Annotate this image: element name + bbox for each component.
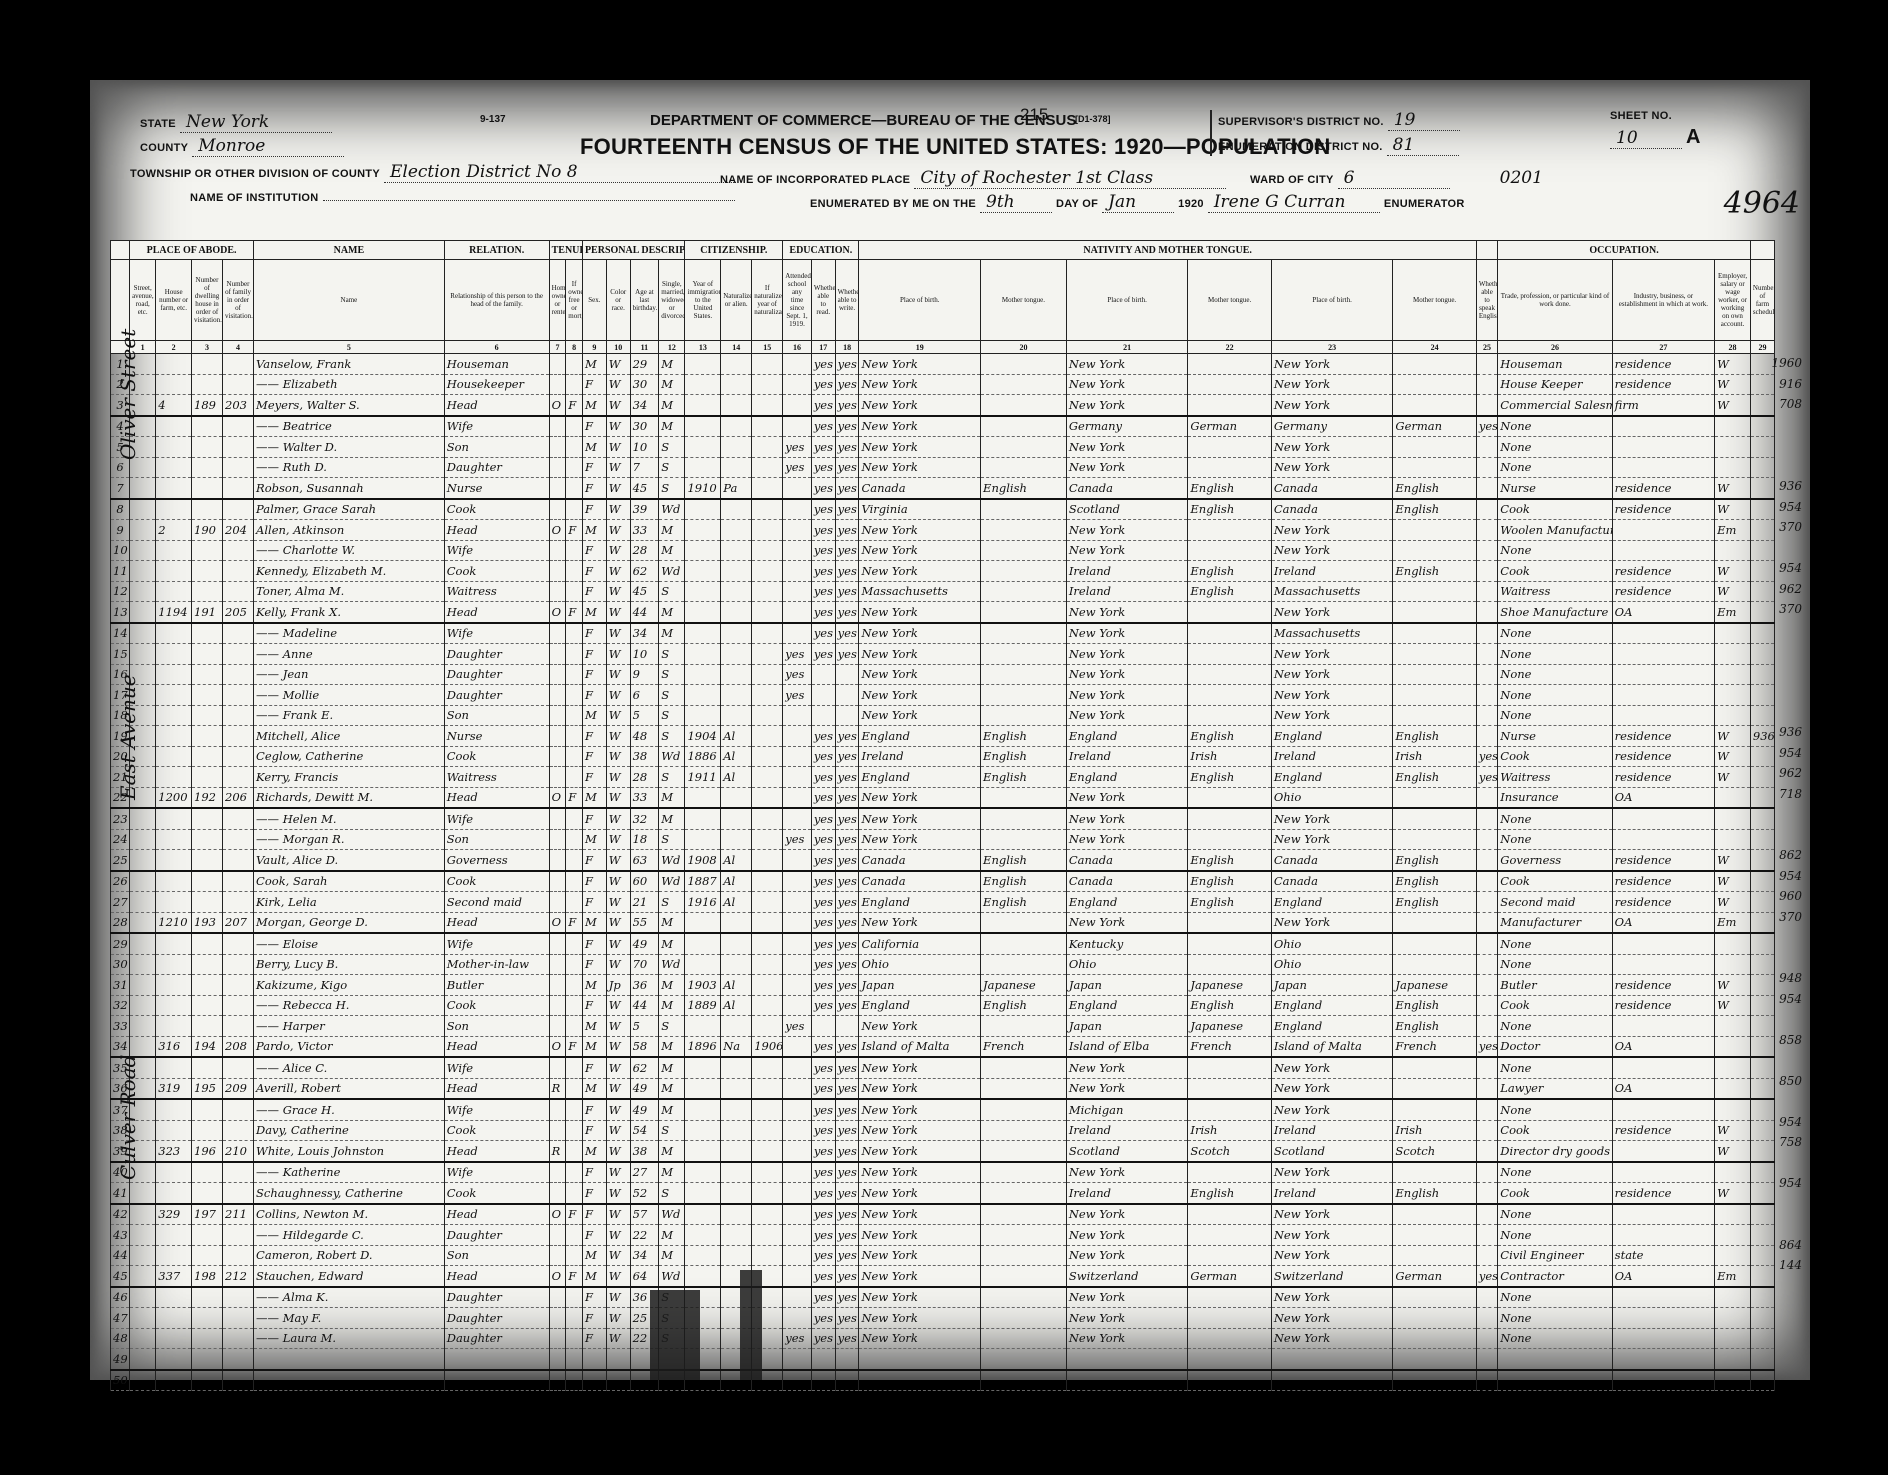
cell-school [783,705,812,726]
cell-race: W [606,1328,630,1349]
cell-fpob [1066,1349,1188,1370]
cell-sex: M [582,975,606,996]
cell-nat [721,540,752,561]
cell-industry: OA [1612,1078,1714,1099]
cell-street [130,1349,156,1370]
cell-age: 44 [630,995,659,1016]
cell-read: yes [811,829,835,850]
cell-mortgage [566,1057,583,1078]
column-header: Industry, business, or establishment in … [1612,260,1714,341]
cell-mpob: England [1271,726,1393,747]
cell-marital: M [659,395,685,416]
cell-natyear [752,975,783,996]
cell-mtongue: English [1393,1016,1476,1037]
cell-english [1476,871,1497,892]
cell-nat: Na [721,1036,752,1057]
cell-write: yes [835,871,859,892]
cell-street [130,644,156,665]
cell-relation: Cook [444,1183,549,1204]
cell-family [223,478,254,499]
line-number: 48 [111,1328,130,1349]
cell-relation: Head [444,602,549,623]
cell-age: 28 [630,767,659,788]
cell-race: W [606,1266,630,1287]
cell-industry [1612,1162,1714,1183]
cell-age: 49 [630,933,659,954]
cell-tongue [981,1225,1067,1246]
cell-name: —— Eloise [254,933,445,954]
cell-pob: New York [859,1057,981,1078]
cell-trade: Governess [1498,850,1612,871]
cell-dwelling [192,1162,223,1183]
cell-house [156,933,192,954]
cell-pob: New York [859,705,981,726]
ward-value: 6 [1338,168,1450,189]
cell-house: 329 [156,1204,192,1225]
cell-family [223,540,254,561]
margin-note: 858 [1779,1033,1802,1047]
cell-class [1715,1162,1751,1183]
cell-class [1715,644,1751,665]
cell-tongue [981,1016,1067,1037]
cell-ftongue [1188,623,1271,644]
cell-english [1476,1225,1497,1246]
cell-relation: Head [444,1266,549,1287]
cell-dwelling [192,644,223,665]
cell-industry [1612,1308,1714,1329]
scan-smudge [740,1270,762,1380]
cell-race: W [606,416,630,437]
cell-dwelling: 192 [192,787,223,808]
cell-trade: Cook [1498,499,1612,520]
cell-class: W [1715,478,1751,499]
cell-pob [859,1349,981,1370]
cell-natyear [752,767,783,788]
cell-mpob: New York [1271,374,1393,395]
cell-class: W [1715,374,1751,395]
cell-relation: Governess [444,850,549,871]
cell-immig: 1910 [685,478,721,499]
cell-read: yes [811,1204,835,1225]
cell-mpob: Canada [1271,850,1393,871]
cell-class [1715,685,1751,706]
group-relation: RELATION. [444,241,549,260]
cell-sex: F [582,1099,606,1120]
cell-mortgage [566,437,583,458]
cell-read: yes [811,1308,835,1329]
cell-industry: state [1612,1245,1714,1266]
cell-farm [1750,1162,1774,1183]
cell-owned [549,437,566,458]
cell-family [223,1099,254,1120]
cell-name: —— Katherine [254,1162,445,1183]
cell-school [783,995,812,1016]
cell-house [156,1245,192,1266]
cell-nat: Al [721,746,752,767]
cell-family [223,1057,254,1078]
cell-dwelling [192,705,223,726]
cell-mpob: Island of Malta [1271,1036,1393,1057]
cell-mpob: Scotland [1271,1141,1393,1162]
cell-nat: Al [721,995,752,1016]
cell-natyear [752,871,783,892]
cell-fpob: New York [1066,1204,1188,1225]
street-label-oliver: Oliver Street [116,329,140,460]
cell-age: 34 [630,623,659,644]
cell-mtongue [1393,787,1476,808]
cell-english [1476,1078,1497,1099]
cell-trade: Cook [1498,995,1612,1016]
column-header: Relationship of this person to the head … [444,260,549,341]
cell-marital: S [659,437,685,458]
cell-school: yes [783,644,812,665]
margin-note: 718 [1779,787,1802,801]
cell-school [783,478,812,499]
cell-house [156,1183,192,1204]
cell-mpob: New York [1271,1308,1393,1329]
cell-nat [721,581,752,602]
cell-immig [685,1266,721,1287]
cell-marital: Wd [659,1204,685,1225]
cell-immig [685,1162,721,1183]
cell-mpob: Ireland [1271,1120,1393,1141]
cell-tongue [981,1245,1067,1266]
cell-pob: New York [859,1266,981,1287]
cell-mpob: New York [1271,829,1393,850]
cell-race: W [606,478,630,499]
cell-name: Meyers, Walter S. [254,395,445,416]
cell-industry: residence [1612,975,1714,996]
cell-immig: 1904 [685,726,721,747]
cell-mortgage [566,416,583,437]
cell-immig [685,354,721,375]
cell-relation [444,1370,549,1391]
cell-ftongue [1188,1328,1271,1349]
cell-mpob: New York [1271,685,1393,706]
cell-write: yes [835,561,859,582]
cell-farm [1750,1349,1774,1370]
cell-immig [685,416,721,437]
cell-relation: Wife [444,1057,549,1078]
cell-natyear [752,1204,783,1225]
cell-write [835,685,859,706]
cell-mpob: Japan [1271,975,1393,996]
margin-note: 962 [1779,766,1802,780]
cell-farm [1750,1245,1774,1266]
cell-class: W [1715,1120,1751,1141]
cell-mtongue [1393,1370,1476,1391]
line-number: 46 [111,1287,130,1308]
cell-owned [549,850,566,871]
cell-ftongue: Japanese [1188,1016,1271,1037]
cell-relation: Wife [444,808,549,829]
cell-dwelling: 189 [192,395,223,416]
cell-nat: Al [721,975,752,996]
cell-nat [721,1099,752,1120]
cell-school [783,561,812,582]
cell-english: yes [1476,1036,1497,1057]
supervisor-district: 19 [1388,110,1460,131]
cell-street [130,540,156,561]
cell-tongue [981,1204,1067,1225]
cell-marital: Wd [659,499,685,520]
cell-house [156,561,192,582]
cell-mpob: Ohio [1271,954,1393,975]
cell-relation: Daughter [444,1328,549,1349]
cell-mpob: England [1271,767,1393,788]
cell-family [223,975,254,996]
cell-name: Cameron, Robert D. [254,1245,445,1266]
cell-age: 60 [630,871,659,892]
cell-dwelling [192,975,223,996]
cell-marital: Wd [659,1266,685,1287]
cell-street [130,850,156,871]
township-value: Election District No 8 [384,162,736,183]
cell-pob: New York [859,540,981,561]
cell-write: yes [835,975,859,996]
cell-trade: None [1498,1016,1612,1037]
cell-marital: S [659,581,685,602]
cell-ftongue [1188,1349,1271,1370]
column-header: Attended school any time since Sept. 1, … [783,260,812,341]
cell-house: 319 [156,1078,192,1099]
cell-family [223,644,254,665]
margin-note: 144 [1779,1258,1802,1272]
cell-farm [1750,1120,1774,1141]
cell-mortgage [566,871,583,892]
cell-name [254,1349,445,1370]
cell-immig [685,644,721,665]
cell-owned: O [549,787,566,808]
cell-read: yes [811,912,835,933]
cell-age: 62 [630,561,659,582]
cell-mortgage [566,829,583,850]
cell-immig [685,787,721,808]
cell-write: yes [835,1162,859,1183]
cell-name: Schaughnessy, Catherine [254,1183,445,1204]
cell-marital: M [659,1036,685,1057]
margin-note: 916 [1779,377,1802,391]
cell-tongue [981,705,1067,726]
cell-fpob: Ireland [1066,561,1188,582]
cell-natyear [752,457,783,478]
cell-dwelling: 194 [192,1036,223,1057]
cell-fpob: England [1066,995,1188,1016]
cell-house [156,1057,192,1078]
cell-english [1476,1141,1497,1162]
cell-school [783,954,812,975]
cell-read: yes [811,850,835,871]
cell-mpob: New York [1271,644,1393,665]
cell-name: —— Alice C. [254,1057,445,1078]
cell-write: yes [835,954,859,975]
cell-house [156,767,192,788]
margin-note: 864 [1779,1238,1802,1252]
cell-owned [549,644,566,665]
cell-natyear [752,787,783,808]
cell-natyear [752,374,783,395]
cell-ftongue [1188,787,1271,808]
cell-family: 207 [223,912,254,933]
cell-family [223,954,254,975]
cell-relation: Wife [444,416,549,437]
cell-sex: F [582,954,606,975]
cell-fpob: New York [1066,374,1188,395]
cell-owned [549,664,566,685]
cell-sex: M [582,602,606,623]
enumerated-day: 9th [980,192,1052,213]
cell-sex: F [582,1204,606,1225]
cell-relation: Head [444,787,549,808]
line-number: 44 [111,1245,130,1266]
cell-name: Toner, Alma M. [254,581,445,602]
cell-family: 210 [223,1141,254,1162]
cell-read: yes [811,437,835,458]
cell-mortgage [566,478,583,499]
cell-owned [549,581,566,602]
cell-nat [721,954,752,975]
line-number: 8 [111,499,130,520]
cell-marital: M [659,623,685,644]
cell-fpob: Ireland [1066,1120,1188,1141]
cell-farm [1750,1099,1774,1120]
cell-street [130,1245,156,1266]
cell-mtongue: Scotch [1393,1141,1476,1162]
cell-school [783,1266,812,1287]
cell-read: yes [811,954,835,975]
cell-sex: F [582,746,606,767]
cell-english: yes [1476,767,1497,788]
cell-ftongue [1188,437,1271,458]
cell-age: 34 [630,1245,659,1266]
cell-english [1476,1245,1497,1266]
cell-pob: New York [859,1016,981,1037]
cell-mtongue [1393,1204,1476,1225]
cell-race: W [606,561,630,582]
cell-class [1715,457,1751,478]
cell-owned [549,374,566,395]
cell-read: yes [811,499,835,520]
cell-mpob: New York [1271,1162,1393,1183]
table-row: 8Palmer, Grace SarahCookFW39WdyesyesVirg… [111,499,1775,520]
cell-house [156,354,192,375]
cell-marital: Wd [659,850,685,871]
cell-name: Robson, Susannah [254,478,445,499]
cell-nat [721,808,752,829]
cell-english [1476,912,1497,933]
table-row: 47—— May F.DaughterFW25SyesyesNew YorkNe… [111,1308,1775,1329]
cell-mtongue: Irish [1393,746,1476,767]
cell-family [223,705,254,726]
cell-pob: New York [859,1120,981,1141]
column-header: Whether able to speak English. [1476,260,1497,341]
cell-ftongue [1188,1245,1271,1266]
scan-smudge [650,1290,700,1380]
cell-age: 70 [630,954,659,975]
cell-farm [1750,1078,1774,1099]
cell-class: Em [1715,1266,1751,1287]
cell-fpob: New York [1066,1245,1188,1266]
cell-immig [685,1120,721,1141]
line-number: 24 [111,829,130,850]
cell-mpob: New York [1271,395,1393,416]
cell-industry: residence [1612,1120,1714,1141]
cell-class [1715,705,1751,726]
cell-name: —— Hildegarde C. [254,1225,445,1246]
cell-relation: Waitress [444,581,549,602]
cell-age: 33 [630,787,659,808]
cell-write: yes [835,726,859,747]
cell-fpob: New York [1066,540,1188,561]
cell-fpob: Ireland [1066,746,1188,767]
cell-mortgage [566,581,583,602]
cell-age: 58 [630,1036,659,1057]
department-title: DEPARTMENT OF COMMERCE—BUREAU OF THE CEN… [650,112,1076,129]
cell-relation: Housekeeper [444,374,549,395]
cell-tongue [981,354,1067,375]
cell-name: Davy, Catherine [254,1120,445,1141]
cell-sex: F [582,726,606,747]
table-row: 42329197211Collins, Newton M.HeadOFFW57W… [111,1204,1775,1225]
cell-mtongue [1393,705,1476,726]
cell-sex: M [582,705,606,726]
cell-street [130,1016,156,1037]
cell-tongue [981,1078,1067,1099]
cell-read: yes [811,561,835,582]
cell-age: 34 [630,395,659,416]
cell-farm [1750,1036,1774,1057]
cell-immig: 1911 [685,767,721,788]
cell-mpob: Switzerland [1271,1266,1393,1287]
cell-dwelling [192,1016,223,1037]
cell-school: yes [783,685,812,706]
cell-class: W [1715,1183,1751,1204]
census-table: PLACE OF ABODE. NAME RELATION. TENURE. P… [110,240,1775,1391]
cell-immig [685,1204,721,1225]
cell-class [1715,1370,1751,1391]
cell-nat [721,602,752,623]
cell-street [130,602,156,623]
cell-house [156,705,192,726]
cell-race: W [606,1036,630,1057]
cell-sex: F [582,1057,606,1078]
cell-house [156,664,192,685]
cell-trade: None [1498,808,1612,829]
cell-mpob: New York [1271,520,1393,541]
cell-natyear: 1906 [752,1036,783,1057]
cell-family: 211 [223,1204,254,1225]
cell-mortgage: F [566,1204,583,1225]
cell-write: yes [835,995,859,1016]
cell-relation: Son [444,705,549,726]
cell-read: yes [811,354,835,375]
cell-class [1715,1078,1751,1099]
cell-immig: 1887 [685,871,721,892]
cell-school [783,374,812,395]
cell-relation: Daughter [444,1287,549,1308]
cell-age: 22 [630,1225,659,1246]
cell-trade: Nurse [1498,478,1612,499]
cell-mpob: New York [1271,1287,1393,1308]
cell-school [783,933,812,954]
cell-dwelling [192,746,223,767]
cell-mortgage: F [566,787,583,808]
cell-mortgage [566,1099,583,1120]
cell-owned [549,499,566,520]
cell-school [783,787,812,808]
cell-owned [549,1120,566,1141]
cell-owned [549,892,566,913]
